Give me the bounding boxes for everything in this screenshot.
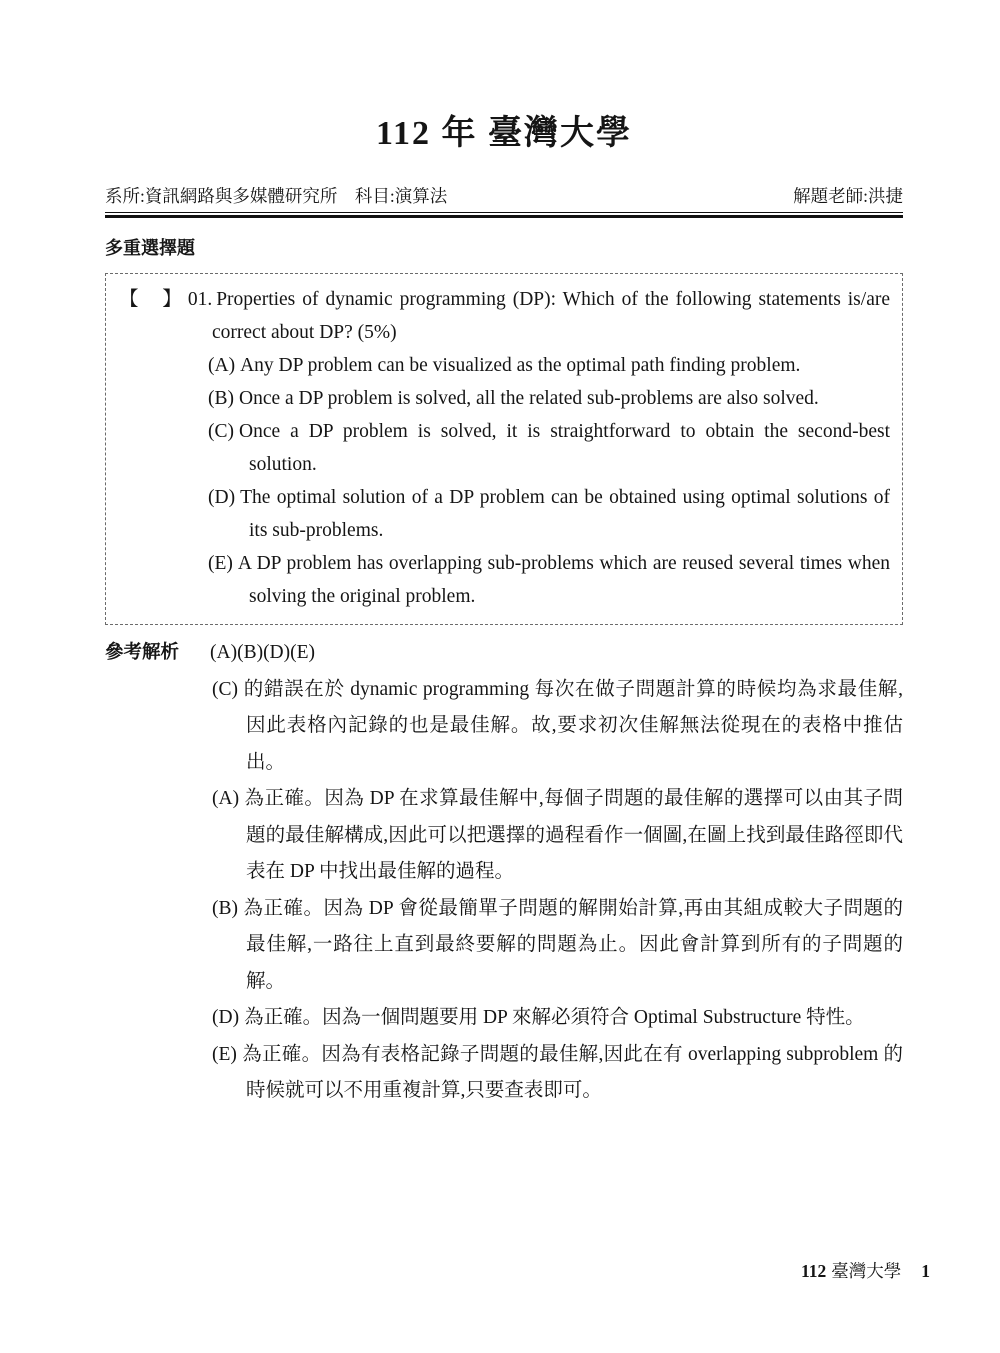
- solution-item-a: (A)為正確。因為 DP 在求算最佳解中,每個子問題的最佳解的選擇可以由其子問題…: [210, 781, 903, 891]
- dept-subject-label: 系所:資訊網路與多媒體研究所 科目:演算法: [105, 184, 447, 208]
- option-label: (B): [208, 388, 239, 409]
- solution-item-label: (C): [212, 679, 243, 700]
- question-option-d: (D)The optimal solution of a DP problem …: [119, 481, 890, 547]
- option-label: (C): [208, 421, 239, 442]
- footer-page-number: 1: [921, 1261, 930, 1281]
- question-option-c: (C)Once a DP problem is solved, it is st…: [119, 415, 890, 481]
- option-text: Once a DP problem is solved, it is strai…: [239, 421, 890, 475]
- option-label: (A): [208, 355, 240, 376]
- solution-item-text: 為正確。因為一個問題要用 DP 來解必須符合 Optimal Substruct…: [244, 1007, 865, 1028]
- answer-brackets: 【 】: [119, 289, 184, 310]
- solution-item-label: (A): [212, 788, 244, 809]
- option-text: Once a DP problem is solved, all the rel…: [239, 388, 819, 409]
- solver-label: 解題老師:洪捷: [793, 184, 903, 208]
- solution-answer: (A)(B)(D)(E): [210, 635, 903, 672]
- solution-section: 參考解析 (A)(B)(D)(E) (C)的錯誤在於 dynamic progr…: [105, 635, 903, 1110]
- solution-item-e: (E)為正確。因為有表格記錄子問題的最佳解,因此在有 overlapping s…: [210, 1037, 903, 1110]
- solution-item-c: (C)的錯誤在於 dynamic programming 每次在做子問題計算的時…: [210, 672, 903, 782]
- question-stem: 【 】01.Properties of dynamic programming …: [119, 283, 890, 349]
- solution-item-label: (B): [212, 898, 243, 919]
- option-label: (D): [208, 487, 240, 508]
- option-text: A DP problem has overlapping sub-problem…: [238, 553, 890, 607]
- exam-solution-page: 112 年 臺灣大學 系所:資訊網路與多媒體研究所 科目:演算法 解題老師:洪捷…: [0, 0, 1000, 1353]
- header-divider: [105, 212, 903, 218]
- solution-item-label: (E): [212, 1044, 242, 1065]
- option-label: (E): [208, 553, 238, 574]
- solution-item-b: (B)為正確。因為 DP 會從最簡單子問題的解開始計算,再由其組成較大子問題的最…: [210, 891, 903, 1001]
- solution-item-text: 為正確。因為 DP 在求算最佳解中,每個子問題的最佳解的選擇可以由其子問題的最佳…: [244, 788, 903, 882]
- solution-item-label: (D): [212, 1007, 244, 1028]
- question-box: 【 】01.Properties of dynamic programming …: [105, 273, 903, 625]
- question-option-e: (E)A DP problem has overlapping sub-prob…: [119, 547, 890, 613]
- question-number: 01.: [184, 289, 216, 310]
- exam-info-row: 系所:資訊網路與多媒體研究所 科目:演算法 解題老師:洪捷: [105, 184, 903, 208]
- solution-item-text: 的錯誤在於 dynamic programming 每次在做子問題計算的時候均為…: [243, 679, 903, 773]
- footer-year: 112: [801, 1261, 826, 1281]
- solution-heading: 參考解析: [105, 635, 208, 672]
- question-option-b: (B)Once a DP problem is solved, all the …: [119, 382, 890, 415]
- solution-item-text: 為正確。因為 DP 會從最簡單子問題的解開始計算,再由其組成較大子問題的最佳解,…: [243, 898, 903, 992]
- question-option-a: (A)Any DP problem can be visualized as t…: [119, 349, 890, 382]
- solution-item-d: (D)為正確。因為一個問題要用 DP 來解必須符合 Optimal Substr…: [210, 1000, 903, 1037]
- option-text: The optimal solution of a DP problem can…: [240, 487, 890, 541]
- solution-content: (A)(B)(D)(E) (C)的錯誤在於 dynamic programmin…: [208, 635, 903, 1110]
- page-title: 112 年 臺灣大學: [105, 112, 903, 156]
- solution-item-text: 為正確。因為有表格記錄子問題的最佳解,因此在有 overlapping subp…: [242, 1044, 903, 1102]
- footer-school: 臺灣大學: [826, 1261, 901, 1281]
- page-footer: 112臺灣大學1: [801, 1259, 930, 1283]
- option-text: Any DP problem can be visualized as the …: [240, 355, 800, 376]
- section-heading: 多重選擇題: [105, 236, 903, 260]
- question-stem-text: Properties of dynamic programming (DP): …: [212, 289, 890, 343]
